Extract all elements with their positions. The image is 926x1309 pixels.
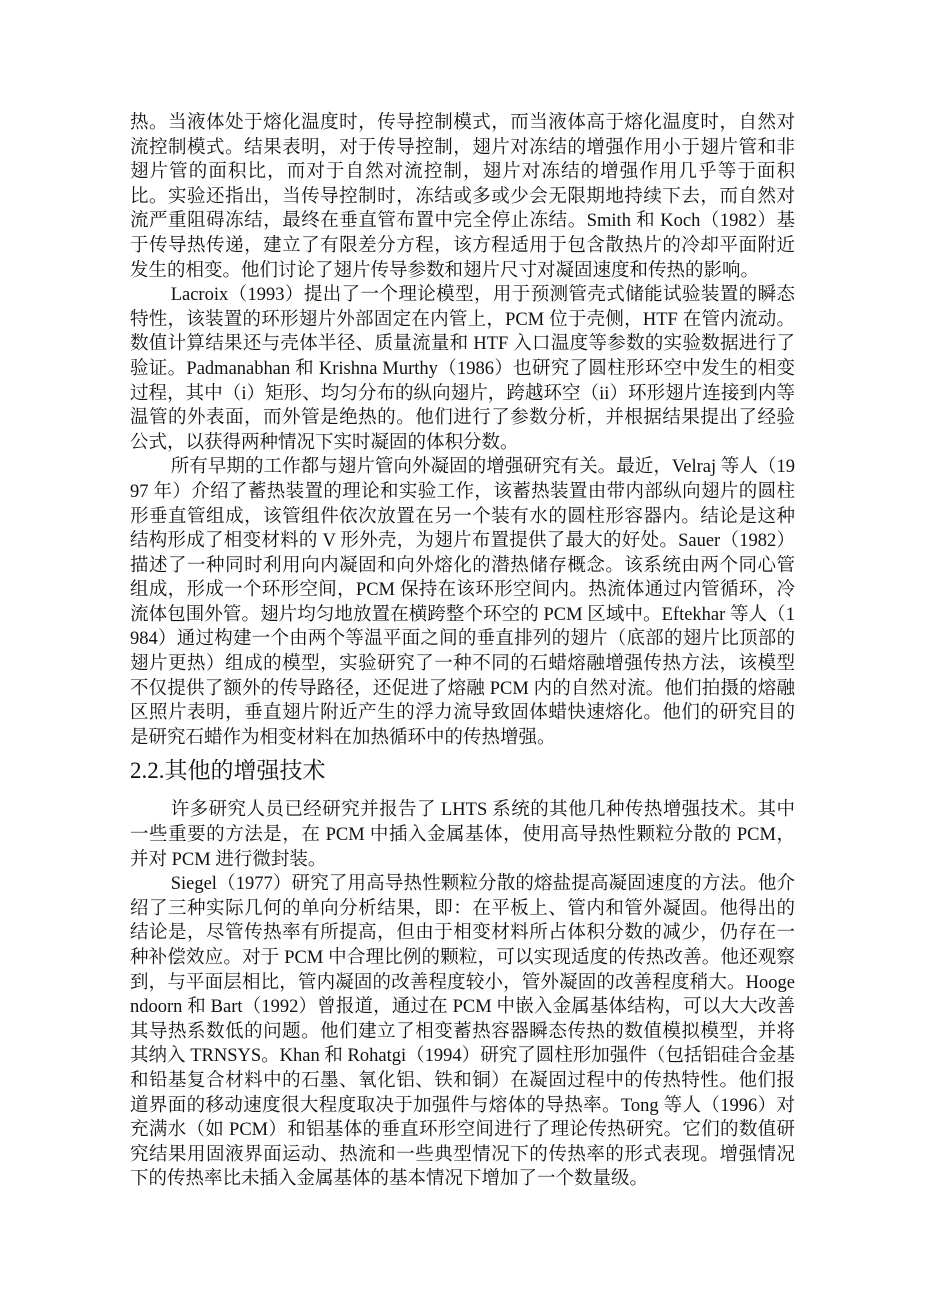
paragraph-siegel-hoogendoorn-khan-tong: Siegel（1977）研究了用高导热性颗粒分散的熔盐提高凝固速度的方法。他介绍… bbox=[130, 872, 795, 1192]
document-page: 热。当液体处于熔化温度时，传导控制模式，而当液体高于熔化温度时，自然对流控制模式… bbox=[0, 0, 926, 1309]
paragraph-velraj-sauer-eftekhar: 所有早期的工作都与翅片管向外凝固的增强研究有关。最近，Velraj 等人（199… bbox=[130, 455, 795, 750]
paragraph-lhts-other-techniques-intro: 许多研究人员已经研究并报告了 LHTS 系统的其他几种传热增强技术。其中一些重要… bbox=[130, 798, 795, 872]
section-heading-2-2-other-enhancement-techniques: 2.2.其他的增强技术 bbox=[130, 756, 795, 786]
paragraph-conduction-convection-freezing: 热。当液体处于熔化温度时，传导控制模式，而当液体高于熔化温度时，自然对流控制模式… bbox=[130, 111, 795, 283]
paragraph-lacroix-padmanabhan: Lacroix（1993）提出了一个理论模型，用于预测管壳式储能试验装置的瞬态特… bbox=[130, 283, 795, 455]
